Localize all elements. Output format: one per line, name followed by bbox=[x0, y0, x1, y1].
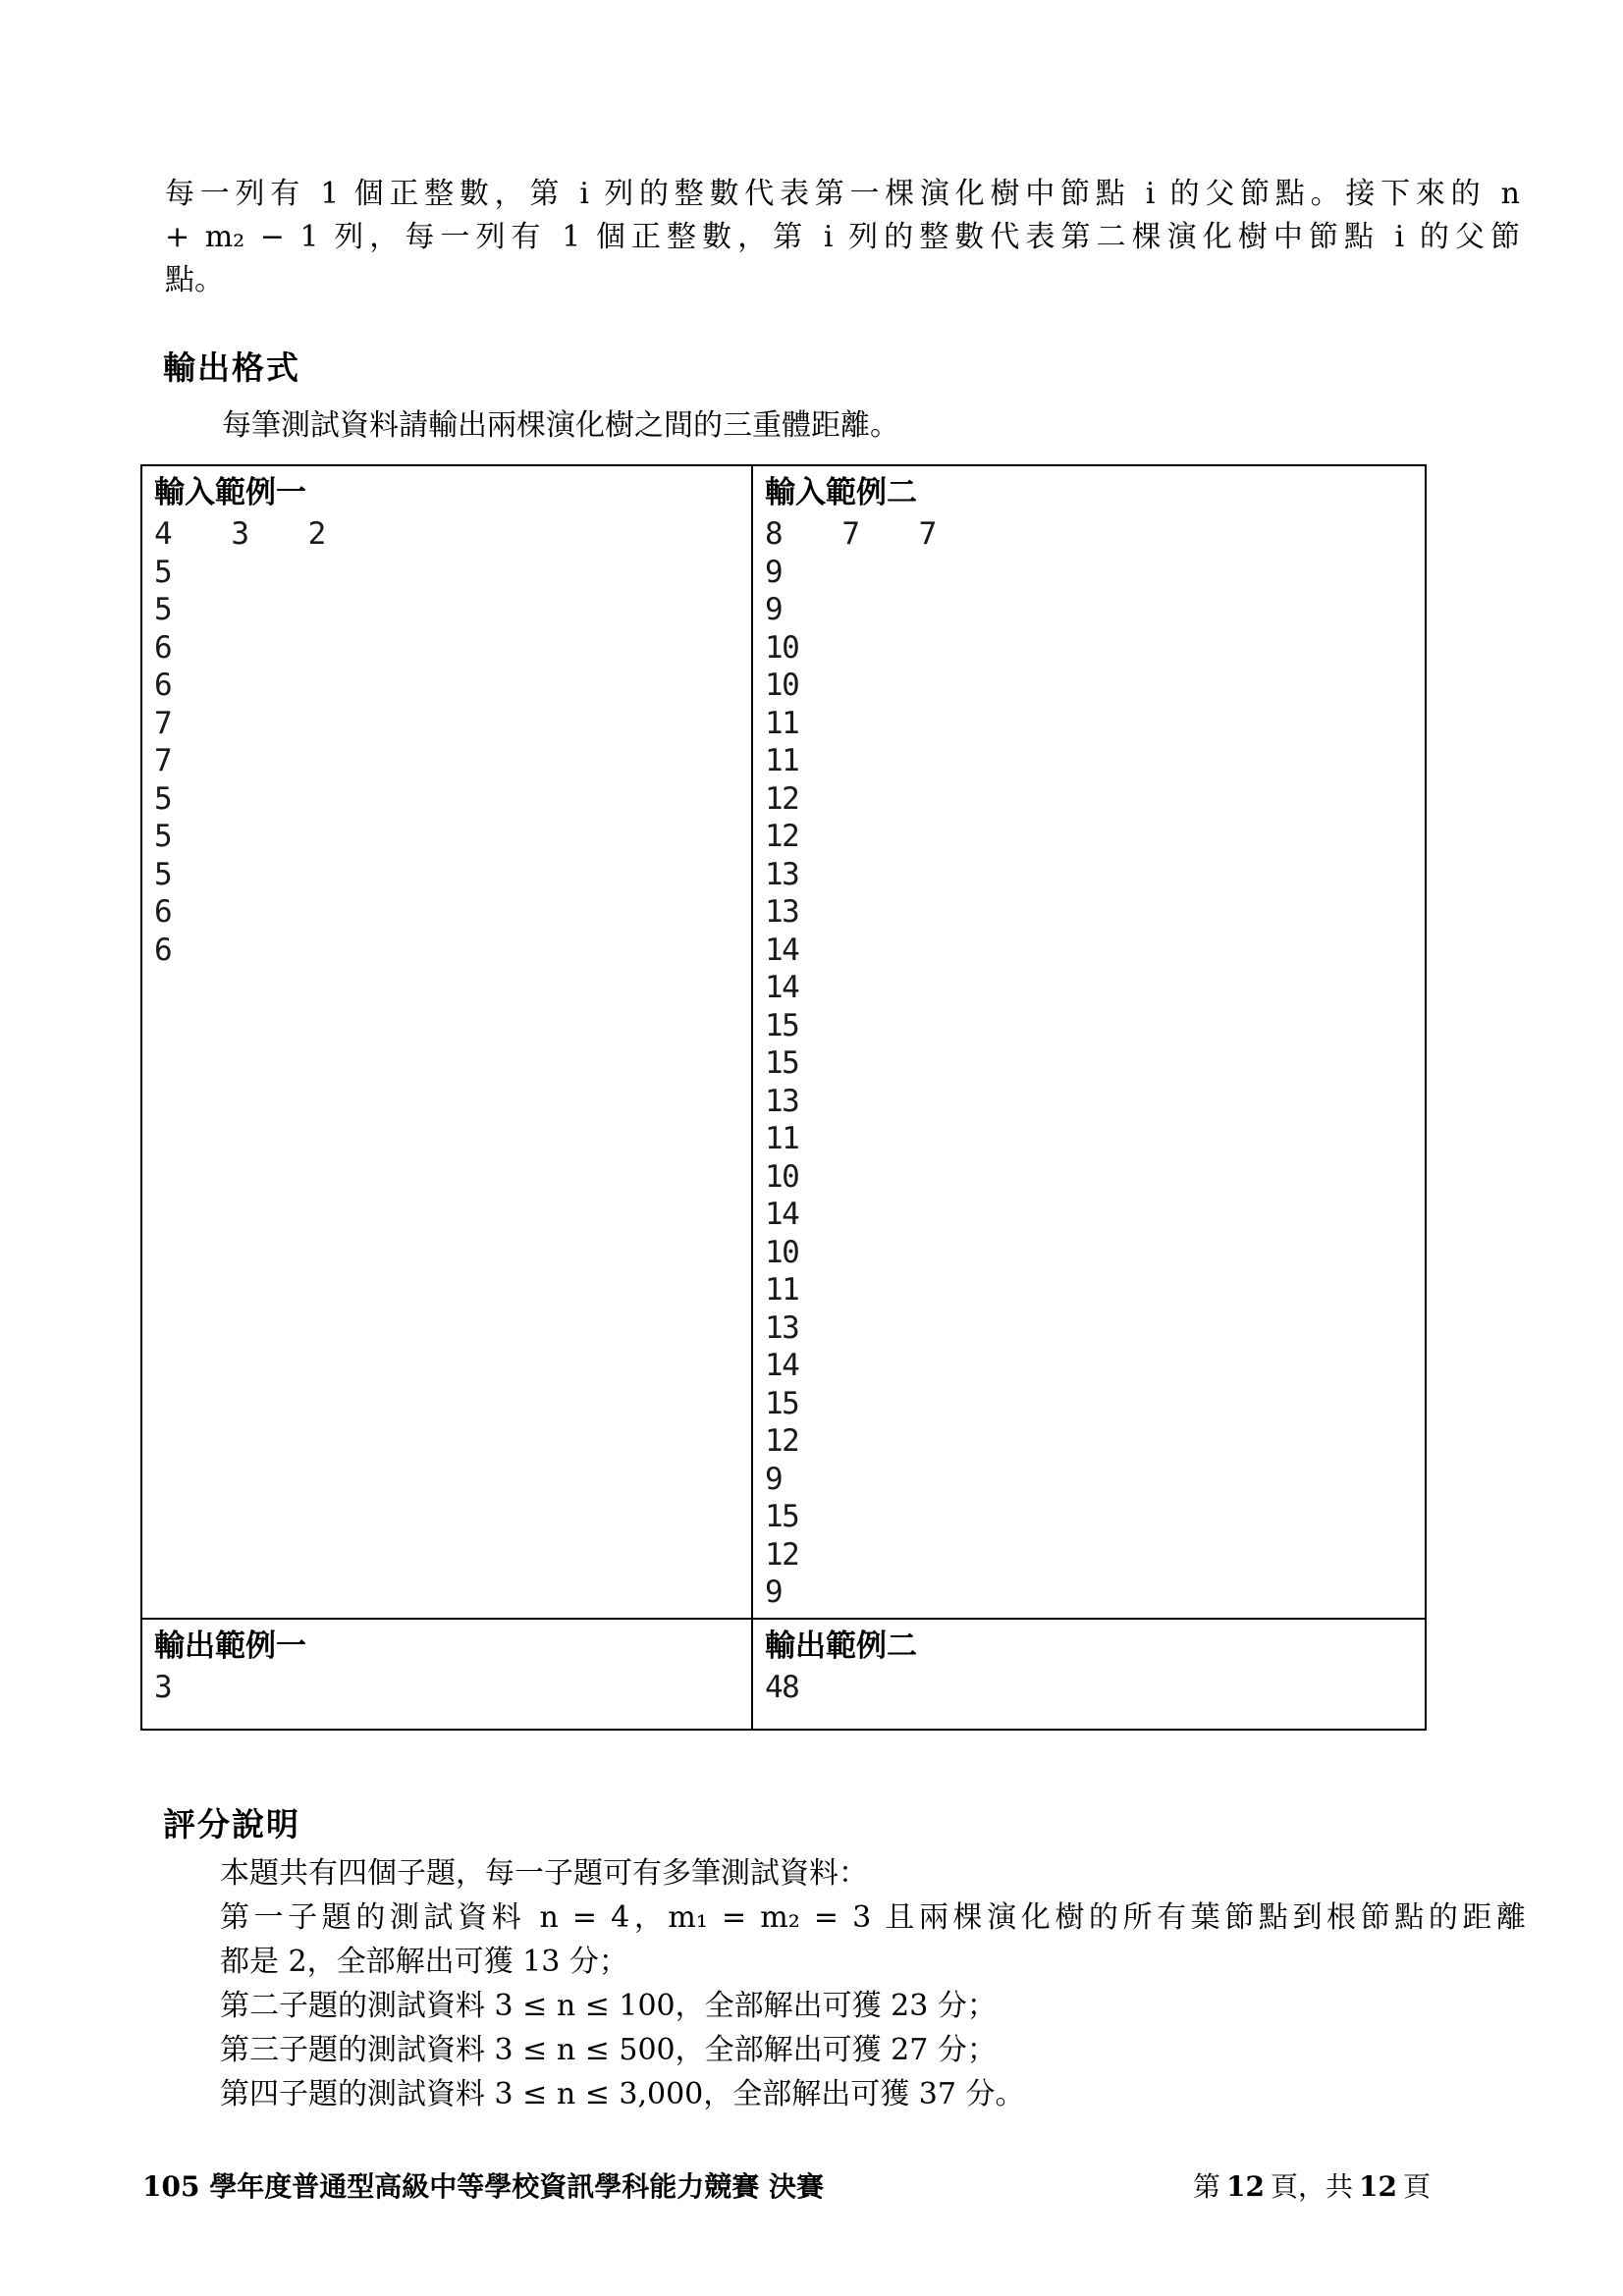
output-examples-row: 輸出範例一 3 輸出範例二 48 bbox=[142, 1620, 1425, 1729]
examples-table: 輸入範例一 4 3 2 5 5 6 6 7 7 5 5 5 6 6 輸入範例二 … bbox=[140, 464, 1427, 1731]
intro-line-1: 每一列有 1 個正整數，第 i 列的整數代表第一棵演化樹中節點 i 的父節點。接… bbox=[165, 173, 1520, 216]
footer-contest-title: 105 學年度普通型高級中等學校資訊學科能力競賽 決賽 bbox=[142, 2167, 824, 2207]
intro-line-2: + m₂ − 1 列，每一列有 1 個正整數，第 i 列的整數代表第二棵演化樹中… bbox=[165, 216, 1520, 259]
output-format-description: 每筆測試資料請輸出兩棵演化樹之間的三重體距離。 bbox=[222, 404, 899, 448]
input-example-1-data: 4 3 2 5 5 6 6 7 7 5 5 5 6 6 bbox=[154, 515, 739, 969]
output-example-1-header: 輸出範例一 bbox=[154, 1624, 739, 1669]
footer-page-prefix: 第 bbox=[1193, 2170, 1220, 2203]
output-example-2-cell: 輸出範例二 48 bbox=[753, 1620, 1425, 1729]
scoring-line-5: 第三子題的測試資料 3 ≤ n ≤ 500，全部解出可獲 27 分； bbox=[220, 2028, 1526, 2072]
output-example-1-cell: 輸出範例一 3 bbox=[142, 1620, 753, 1729]
scoring-heading: 評分說明 bbox=[163, 1802, 300, 1847]
scoring-line-2: 第一子題的測試資料 n = 4，m₁ = m₂ = 3 且兩棵演化樹的所有葉節點… bbox=[220, 1896, 1526, 1940]
input-example-1-header: 輸入範例一 bbox=[154, 470, 739, 515]
scoring-line-4: 第二子題的測試資料 3 ≤ n ≤ 100，全部解出可獲 23 分； bbox=[220, 1984, 1526, 2028]
intro-line-3: 點。 bbox=[165, 259, 1520, 302]
scoring-line-3: 都是 2，全部解出可獲 13 分； bbox=[220, 1940, 1526, 1984]
output-example-1-data: 3 bbox=[154, 1669, 739, 1707]
footer-page-suffix: 頁 bbox=[1403, 2170, 1431, 2203]
output-example-2-data: 48 bbox=[765, 1669, 1413, 1707]
input-example-2-cell: 輸入範例二 8 7 7 9 9 10 10 11 11 12 12 13 13 … bbox=[753, 466, 1425, 1618]
document-page: 每一列有 1 個正整數，第 i 列的整數代表第一棵演化樹中節點 i 的父節點。接… bbox=[0, 0, 1623, 2296]
input-examples-row: 輸入範例一 4 3 2 5 5 6 6 7 7 5 5 5 6 6 輸入範例二 … bbox=[142, 466, 1425, 1620]
output-format-heading: 輸出格式 bbox=[163, 346, 300, 391]
footer-page-mid: 頁，共 bbox=[1271, 2170, 1353, 2203]
scoring-line-1: 本題共有四個子題，每一子題可有多筆測試資料： bbox=[220, 1851, 1526, 1896]
scoring-paragraph: 本題共有四個子題，每一子題可有多筆測試資料： 第一子題的測試資料 n = 4，m… bbox=[220, 1851, 1526, 2116]
intro-paragraph: 每一列有 1 個正整數，第 i 列的整數代表第一棵演化樹中節點 i 的父節點。接… bbox=[165, 173, 1520, 302]
footer-page-total: 12 bbox=[1353, 2170, 1403, 2203]
input-example-2-data: 8 7 7 9 9 10 10 11 11 12 12 13 13 14 14 … bbox=[765, 515, 1413, 1612]
scoring-line-6: 第四子題的測試資料 3 ≤ n ≤ 3,000，全部解出可獲 37 分。 bbox=[220, 2072, 1526, 2116]
page-footer: 105 學年度普通型高級中等學校資訊學科能力競賽 決賽 第12頁，共12頁 bbox=[142, 2167, 1431, 2207]
footer-page-indicator: 第12頁，共12頁 bbox=[1193, 2167, 1431, 2207]
footer-page-number: 12 bbox=[1220, 2170, 1271, 2203]
output-example-2-header: 輸出範例二 bbox=[765, 1624, 1413, 1669]
input-example-2-header: 輸入範例二 bbox=[765, 470, 1413, 515]
input-example-1-cell: 輸入範例一 4 3 2 5 5 6 6 7 7 5 5 5 6 6 bbox=[142, 466, 753, 1618]
